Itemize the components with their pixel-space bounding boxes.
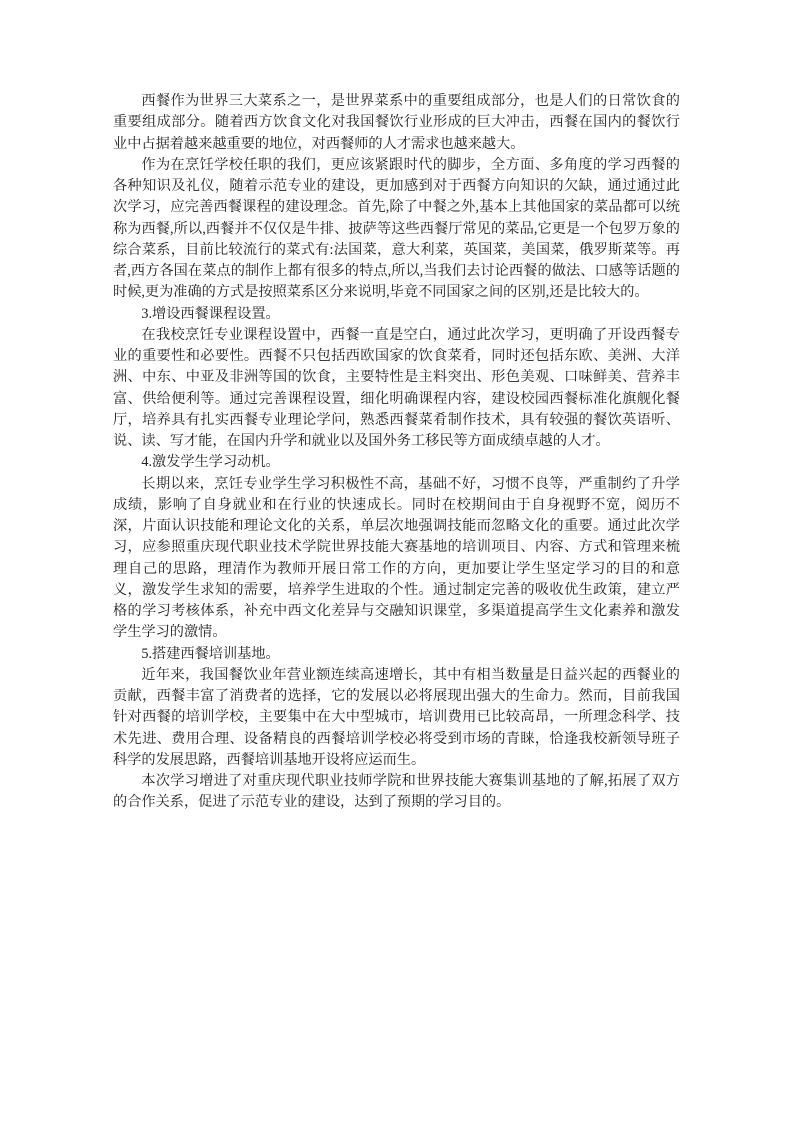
- paragraph-curriculum: 在我校烹饪专业课程设置中，西餐一直是空白，通过此次学习，更明确了开设西餐专业的重…: [113, 325, 680, 453]
- section-heading-4: 4.激发学生学习动机。: [113, 452, 680, 473]
- paragraph-study-concept: 作为在烹饪学校任职的我们，更应该紧跟时代的脚步，全方面、多角度的学习西餐的各种知…: [113, 155, 680, 304]
- paragraph-motivation: 长期以来，烹饪专业学生学习积极性不高，基础不好，习惯不良等，严重制约了升学成绩，…: [113, 474, 680, 644]
- paragraph-conclusion: 本次学习增进了对重庆现代职业技师学院和世界技能大赛集训基地的了解,拓展了双方的合…: [113, 771, 680, 814]
- document-body-text: 西餐作为世界三大菜系之一，是世界菜系中的重要组成部分，也是人们的日常饮食的重要组…: [113, 91, 680, 814]
- section-heading-5: 5.搭建西餐培训基地。: [113, 644, 680, 665]
- paragraph-intro: 西餐作为世界三大菜系之一，是世界菜系中的重要组成部分，也是人们的日常饮食的重要组…: [113, 91, 680, 155]
- section-heading-3: 3.增设西餐课程设置。: [113, 304, 680, 325]
- document-page: 西餐作为世界三大菜系之一，是世界菜系中的重要组成部分，也是人们的日常饮食的重要组…: [0, 0, 793, 1122]
- paragraph-training-base: 近年来，我国餐饮业年营业额连续高速增长，其中有相当数量是日益兴起的西餐业的贡献，…: [113, 665, 680, 771]
